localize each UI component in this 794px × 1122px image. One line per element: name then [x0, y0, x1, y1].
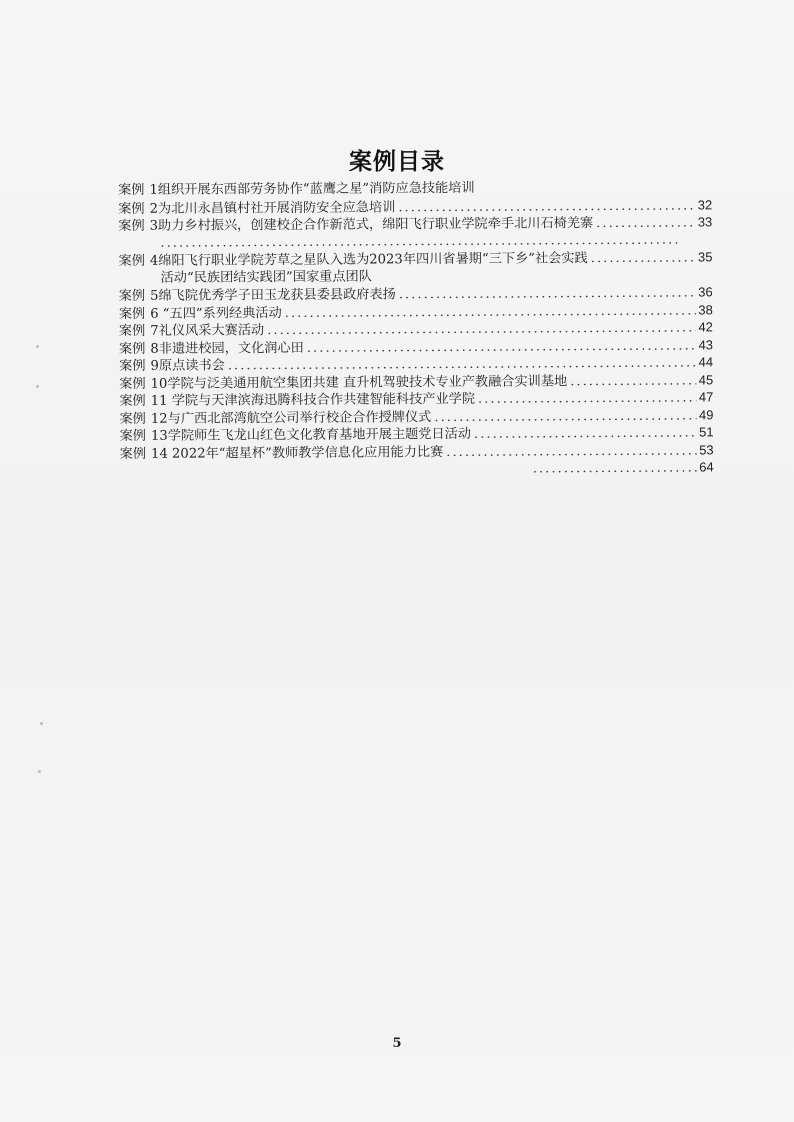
toc-entry-page: 45 [699, 371, 714, 389]
dot-leader [533, 459, 697, 477]
table-of-contents: 案例 1组织开展东西部劳务协作“蓝鹰之星”消防应急技能培训 案例 2为北川永昌镇… [118, 178, 714, 479]
document-page: 案例目录 案例 1组织开展东西部劳务协作“蓝鹰之星”消防应急技能培训 案例 2为… [0, 0, 794, 1122]
dot-leader [160, 231, 680, 252]
toc-entry-title [120, 472, 530, 475]
dot-leader [434, 407, 696, 426]
toc-entry-prefix: 案例 [118, 218, 144, 236]
toc-entry-prefix: 案例 [118, 253, 144, 271]
dot-leader [570, 372, 696, 390]
toc-entry[interactable]: 案例 5绵飞院优秀学子田玉龙获县委县政府表扬 36 [119, 283, 713, 304]
toc-entry-prefix: 案例 [119, 410, 145, 428]
toc-entry-title: 14 2022年“超星杯”教师教学信息化应用能力比赛 [151, 444, 443, 463]
toc-entry[interactable]: 案例 7礼仪风采大赛活动 42 [119, 318, 713, 339]
toc-entry-prefix: 案例 [118, 200, 144, 218]
toc-entry-page: 38 [698, 301, 713, 319]
toc-entry-title: 7礼仪风采大赛活动 [150, 322, 264, 340]
toc-entry-title: 6 “五四”系列经典活动 [150, 305, 282, 323]
dot-leader [399, 284, 695, 303]
scan-speck [36, 385, 39, 388]
dot-leader [398, 197, 694, 216]
dot-leader [474, 424, 696, 443]
toc-entry[interactable]: 案例 9原点读书会 44 [119, 353, 713, 374]
toc-entry[interactable]: 案例 13学院师生飞龙山红色文化教育基地开展主题党日活动 51 [119, 423, 713, 444]
toc-entry-title: 8非遗进校园，文化润心田 [150, 339, 304, 357]
toc-entry-title: 9原点读书会 [150, 357, 224, 375]
toc-entry-page: 42 [698, 318, 713, 336]
toc-entry-title: 13学院师生飞龙山红色文化教育基地开展主题党日活动 [151, 426, 471, 445]
scan-speck [40, 722, 43, 725]
toc-entry[interactable]: 案例 4绵阳飞行职业学院芳草之星队入选为2023年四川省暑期“三下乡”社会实践 … [118, 248, 712, 269]
toc-entry-page: 32 [698, 196, 713, 214]
toc-entry[interactable]: 案例 12与广西北部湾航空公司举行校企合作授牌仪式 49 [119, 406, 713, 427]
toc-entry-page: 64 [699, 458, 714, 476]
toc-entry-title: 11 学院与天津滨海迅腾科技合作共建智能科技产业学院 [151, 391, 475, 410]
toc-entry-title: 1组织开展东西部劳务协作“蓝鹰之星”消防应急技能培训 [149, 180, 474, 199]
dot-leader [591, 249, 695, 267]
toc-entry-prefix: 案例 [119, 305, 145, 323]
toc-entry-page: 33 [698, 213, 713, 231]
page-number: 5 [0, 1036, 794, 1051]
toc-entry-title: 12与广西北部湾航空公司举行校企合作授牌仪式 [151, 409, 432, 428]
toc-entry-page: 53 [699, 441, 714, 459]
toc-entry-prefix: 案例 [119, 393, 145, 411]
scan-speck [36, 345, 39, 348]
toc-entry-prefix: 案例 [120, 445, 146, 463]
toc-entry-page: 44 [699, 353, 714, 371]
dot-leader [596, 214, 695, 232]
toc-entry-title: 5绵飞院优秀学子田玉龙获县委县政府表扬 [150, 286, 396, 305]
toc-entry-title: 2为北川永昌镇村社开展消防安全应急培训 [149, 199, 395, 218]
scan-speck [38, 770, 41, 773]
toc-entry-prefix: 案例 [119, 358, 145, 376]
toc-entry[interactable]: 案例 10学院与泛美通用航空集团共建 直升机驾驶技术专业产教融合实训基地 45 [119, 371, 713, 392]
dot-leader [478, 389, 696, 408]
dot-leader [446, 442, 696, 461]
toc-entry-prefix: 案例 [119, 288, 145, 306]
toc-entry-prefix: 案例 [120, 428, 146, 446]
toc-entry-prefix: 案例 [119, 340, 145, 358]
toc-entry[interactable]: 案例 8非遗进校园，文化润心田 43 [119, 336, 713, 357]
toc-entry-page: 49 [699, 406, 714, 424]
toc-entry[interactable]: 案例 14 2022年“超星杯”教师教学信息化应用能力比赛 53 [120, 441, 714, 462]
toc-entry-page: 51 [699, 423, 714, 441]
toc-entry[interactable]: 案例 6 “五四”系列经典活动 38 [119, 301, 713, 322]
toc-entry-prefix: 案例 [119, 375, 145, 393]
toc-entry-prefix: 案例 [119, 323, 145, 341]
toc-entry-title: 活动“民族团结实践团”国家重点团队 [161, 268, 372, 287]
toc-entry-page: 43 [698, 336, 713, 354]
toc-entry-prefix: 案例 [118, 182, 144, 200]
toc-leader-line [118, 231, 712, 252]
toc-entry-page: 36 [698, 283, 713, 301]
toc-entry-page: 35 [698, 248, 713, 266]
toc-entry[interactable]: 案例 2为北川永昌镇村社开展消防安全应急培训 32 [118, 196, 712, 217]
toc-entry[interactable]: 案例 11 学院与天津滨海迅腾科技合作共建智能科技产业学院 47 [119, 388, 713, 409]
page-title: 案例目录 [0, 143, 794, 176]
toc-entry-page: 47 [699, 388, 714, 406]
